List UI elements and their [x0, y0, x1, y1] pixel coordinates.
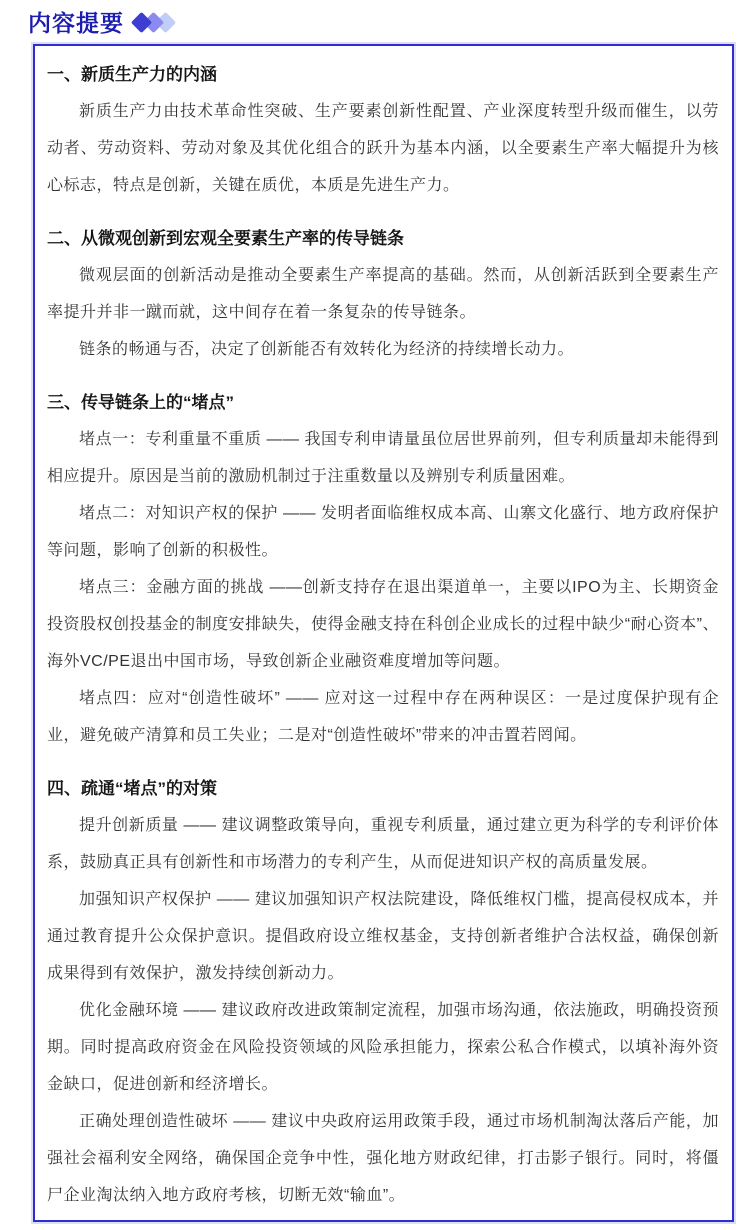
document-page: 内容提要 一、新质生产力的内涵 新质生产力由技术革命性突破、生产要素创新性配置、…	[0, 0, 750, 1230]
paragraph: 提升创新质量 —— 建议调整政策导向，重视专利质量，通过建立更为科学的专利评价体…	[47, 807, 719, 881]
paragraph: 堵点三：金融方面的挑战 ——创新支持存在退出渠道单一，主要以IPO为主、长期资金…	[47, 569, 719, 680]
section-heading: 四、疏通“堵点”的对策	[47, 770, 719, 807]
paragraph: 堵点一：专利重量不重质 —— 我国专利申请量虽位居世界前列，但专利质量却未能得到…	[47, 421, 719, 495]
paragraph: 链条的畅通与否，决定了创新能否有效转化为经济的持续增长动力。	[47, 331, 719, 368]
paragraph: 新质生产力由技术革命性突破、生产要素创新性配置、产业深度转型升级而催生，以劳动者…	[47, 93, 719, 204]
section-1: 一、新质生产力的内涵 新质生产力由技术革命性突破、生产要素创新性配置、产业深度转…	[47, 56, 719, 204]
page-header: 内容提要	[28, 8, 192, 38]
section-3: 三、传导链条上的“堵点” 堵点一：专利重量不重质 —— 我国专利申请量虽位居世界…	[47, 384, 719, 754]
paragraph: 加强知识产权保护 —— 建议加强知识产权法院建设，降低维权门槛，提高侵权成本，并…	[47, 881, 719, 992]
section-heading: 二、从微观创新到宏观全要素生产率的传导链条	[47, 220, 719, 257]
page-title: 内容提要	[28, 8, 124, 38]
paragraph: 堵点二：对知识产权的保护 —— 发明者面临维权成本高、山寨文化盛行、地方政府保护…	[47, 495, 719, 569]
section-2: 二、从微观创新到宏观全要素生产率的传导链条 微观层面的创新活动是推动全要素生产率…	[47, 220, 719, 368]
summary-box: 一、新质生产力的内涵 新质生产力由技术革命性突破、生产要素创新性配置、产业深度转…	[33, 44, 734, 1222]
paragraph: 堵点四：应对“创造性破坏” —— 应对这一过程中存在两种误区：一是过度保护现有企…	[47, 680, 719, 754]
paragraph: 微观层面的创新活动是推动全要素生产率提高的基础。然而，从创新活跃到全要素生产率提…	[47, 257, 719, 331]
section-4: 四、疏通“堵点”的对策 提升创新质量 —— 建议调整政策导向，重视专利质量，通过…	[47, 770, 719, 1214]
paragraph: 优化金融环境 —— 建议政府改进政策制定流程，加强市场沟通，依法施政，明确投资预…	[47, 992, 719, 1103]
section-heading: 三、传导链条上的“堵点”	[47, 384, 719, 421]
section-heading: 一、新质生产力的内涵	[47, 56, 719, 93]
paragraph: 正确处理创造性破坏 —— 建议中央政府运用政策手段，通过市场机制淘汰落后产能，加…	[47, 1103, 719, 1214]
three-diamonds-icon	[132, 11, 192, 35]
